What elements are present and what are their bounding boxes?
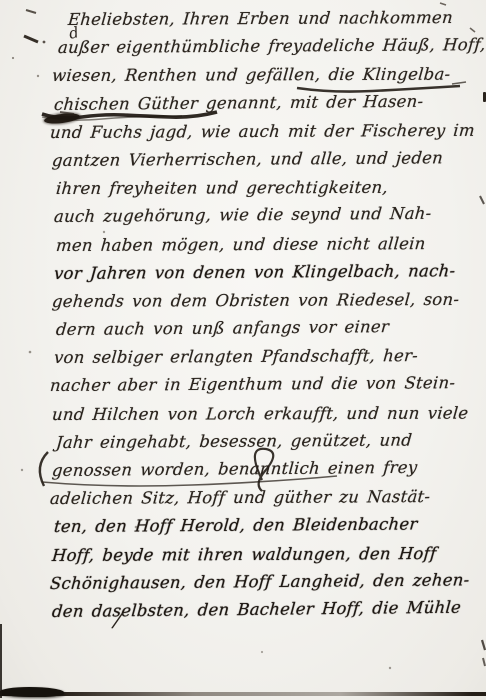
manuscript-line: nacher aber in Eigenthum und die von Ste… — [49, 370, 465, 401]
scan-left-edge — [0, 624, 2, 698]
manuscript-line: und Fuchs jagd, wie auch mit der Fischer… — [49, 117, 465, 147]
manuscript-line: von selbiger erlangten Pfandschafft, her… — [53, 342, 469, 372]
ink-speck — [26, 10, 36, 13]
ink-speck — [483, 658, 485, 666]
manuscript-line: auch zugehörung, wie die seynd und Nah- — [53, 200, 469, 232]
scan-bottom-edge — [0, 692, 486, 696]
ink-speck — [21, 469, 23, 471]
manuscript-line: und Hilchen von Lorch erkaufft, und nun … — [51, 399, 467, 429]
manuscript-page: Eheliebsten, Ihren Erben und nachkommen … — [0, 0, 486, 700]
ink-speck — [482, 640, 485, 650]
ink-speck — [29, 351, 32, 354]
manuscript-line: ten, den Hoff Herold, den Bleidenbacher — [53, 510, 469, 541]
manuscript-line: außer eigenthümbliche freyadeliche Häuß,… — [57, 31, 473, 62]
ink-speck — [43, 41, 46, 44]
manuscript-line: Schönighausen, den Hoff Langheid, den ze… — [49, 566, 465, 598]
ink-speck — [480, 196, 484, 204]
manuscript-text-block: Eheliebsten, Ihren Erben und nachkommen … — [50, 6, 464, 626]
manuscript-line: chischen Güther genannt, mit der Hasen- — [53, 87, 469, 119]
manuscript-line: vor Jahren von denen von Klingelbach, na… — [53, 257, 469, 288]
scan-corner-blob — [0, 687, 64, 697]
manuscript-line: men haben mögen, und diese nicht allein — [55, 229, 471, 259]
manuscript-line: adelichen Sitz, Hoff und güther zu Nastä… — [49, 483, 465, 513]
manuscript-line: gantzen Vierherrischen, und alle, und je… — [51, 144, 467, 175]
manuscript-line: ihren freyheiten und gerechtigkeiten, — [55, 174, 471, 204]
manuscript-line: Hoff, beyde mit ihren waldungen, den Hof… — [51, 539, 467, 569]
ink-speck — [389, 667, 391, 669]
manuscript-line: dern auch von unß anfangs vor einer — [55, 312, 471, 344]
ink-speck — [8, 9, 12, 11]
manuscript-line: genossen worden, benanntlich einen frey — [51, 453, 467, 485]
ink-speck — [261, 651, 263, 653]
manuscript-line: gehends von dem Obristen von Riedesel, s… — [51, 286, 467, 316]
paren-flourish — [40, 452, 48, 486]
manuscript-line: Eheliebsten, Ihren Erben und nachkommen — [67, 4, 483, 34]
manuscript-line: Jahr eingehabt, besessen, genützet, und — [55, 426, 471, 457]
ink-speck — [37, 75, 39, 77]
ink-speck — [12, 57, 14, 59]
manuscript-line: wiesen, Renthen und gefällen, die Klinge… — [51, 61, 467, 91]
ink-speck — [24, 36, 38, 42]
